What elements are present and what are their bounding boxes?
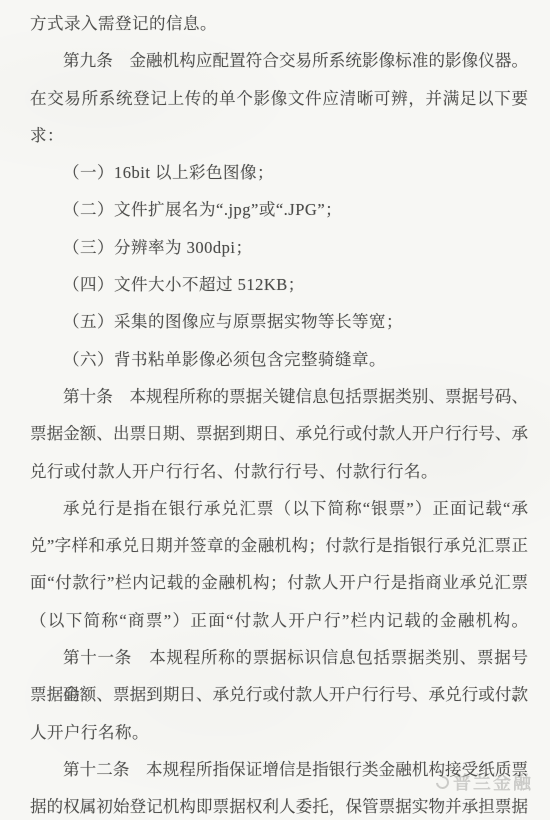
text-line: 第十一条 本规程所称的票据标识信息包括票据类别、票据号码、 <box>30 639 528 676</box>
text-line: 在交易所系统登记上传的单个影像文件应清晰可辨，并满足以下要 <box>30 80 528 117</box>
text-line: 第九条 金融机构应配置符合交易所系统影像标准的影像仪器。 <box>30 42 528 79</box>
text-line: 求： <box>30 117 528 154</box>
text-line: 票据金额、票据到期日、承兑行或付款人开户行行号、承兑行或付款 <box>30 676 528 713</box>
text-line: 据的权属初始登记机构即票据权利人委托，保管票据实物并承担票据 <box>30 788 528 820</box>
text-line: （五）采集的图像应与原票据实物等长等宽； <box>30 303 528 340</box>
text-line: （三）分辨率为 300dpi； <box>30 229 528 266</box>
text-line: 兑”字样和承兑日期并签章的金融机构；付款行是指银行承兑汇票正 <box>30 527 528 564</box>
document-body: 方式录入需登记的信息。第九条 金融机构应配置符合交易所系统影像标准的影像仪器。在… <box>0 0 550 820</box>
text-line: 面“付款行”栏内记载的金融机构；付款人开户行是指商业承兑汇票 <box>30 564 528 601</box>
document-page: 普兰金融 方式录入需登记的信息。第九条 金融机构应配置符合交易所系统影像标准的影… <box>0 0 550 820</box>
text-line: 方式录入需登记的信息。 <box>30 5 528 42</box>
text-line: （一）16bit 以上彩色图像； <box>30 154 528 191</box>
text-line: 票据金额、出票日期、票据到期日、承兑行或付款人开户行行号、承 <box>30 415 528 452</box>
text-line: 第十条 本规程所称的票据关键信息包括票据类别、票据号码、 <box>30 378 528 415</box>
text-line: 承兑行是指在银行承兑汇票（以下简称“银票”）正面记载“承 <box>30 490 528 527</box>
text-line: （六）背书粘单影像必须包含完整骑缝章。 <box>30 341 528 378</box>
document-lines: 方式录入需登记的信息。第九条 金融机构应配置符合交易所系统影像标准的影像仪器。在… <box>30 5 528 820</box>
text-line: （二）文件扩展名为“.jpg”或“.JPG”； <box>30 191 528 228</box>
text-line: （四）文件大小不超过 512KB； <box>30 266 528 303</box>
text-line: 第十二条 本规程所指保证增信是指银行类金融机构接受纸质票 <box>30 751 528 788</box>
text-line: （以下简称“商票”）正面“付款人开户行”栏内记载的金融机构。 <box>30 602 528 639</box>
text-line: 人开户行名称。 <box>30 714 528 751</box>
text-line: 兑行或付款人开户行行名、付款行行号、付款行行名。 <box>30 453 528 490</box>
